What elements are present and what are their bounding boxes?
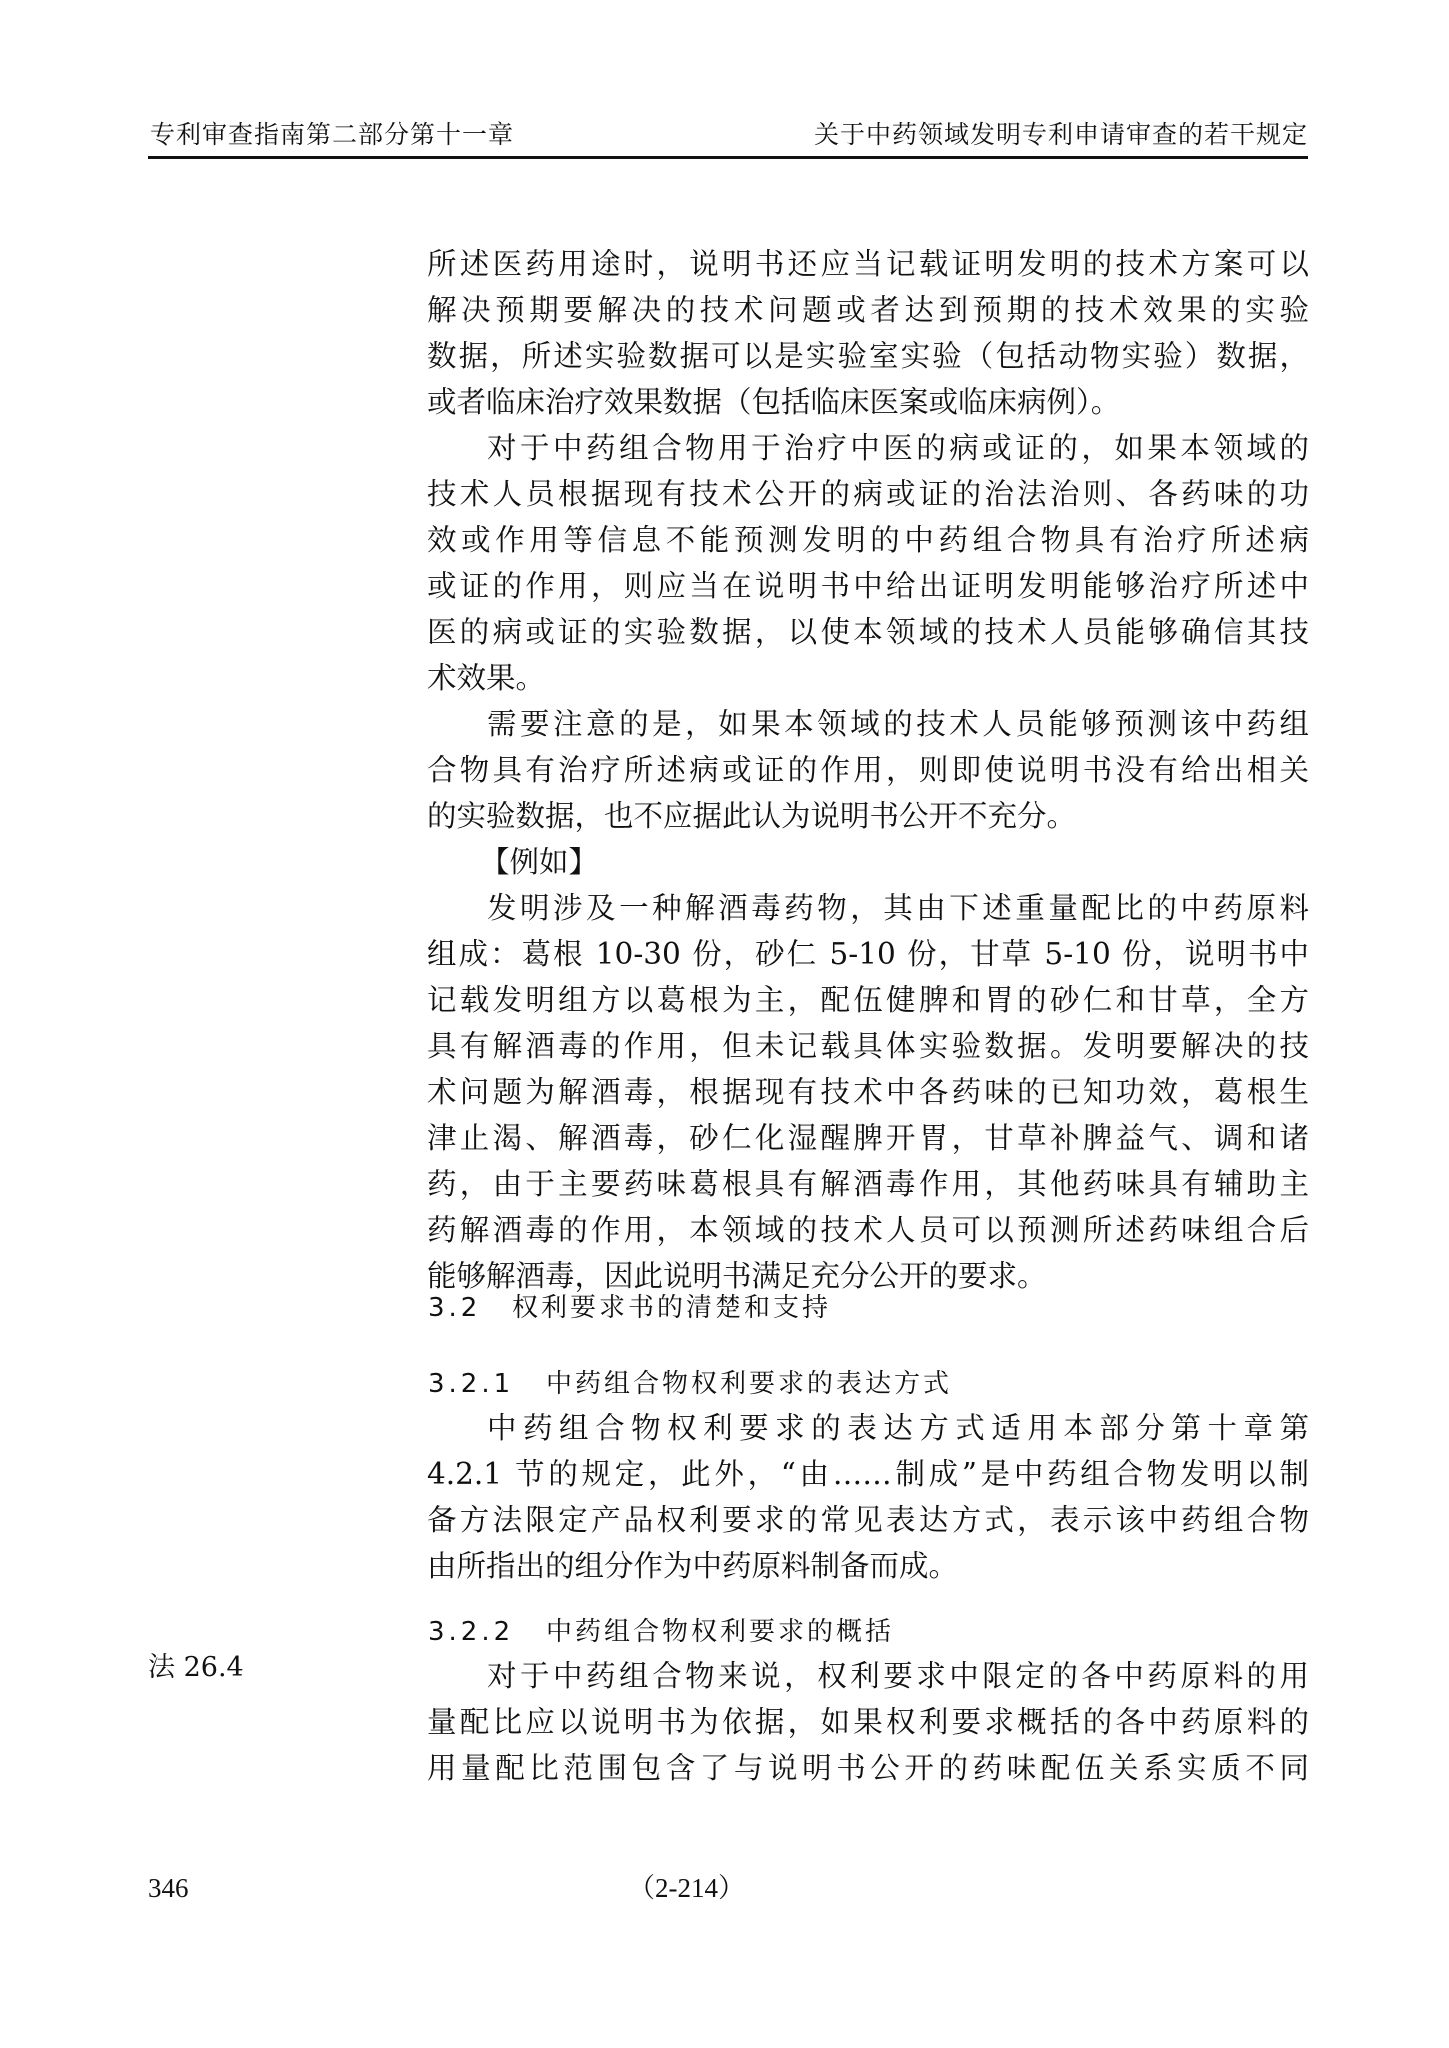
section-number: 3.2.1 (428, 1364, 546, 1404)
paragraph-line: 由所指出的组分作为中药原料制备而成。 (427, 1544, 1309, 1588)
paragraph-line: 合物具有治疗所述病或证的作用，则即使说明书没有给出相关 (427, 748, 1309, 792)
document-page: 专利审查指南第二部分第十一章 关于中药领域发明专利申请审查的若干规定 所述医药用… (0, 0, 1449, 2048)
section-heading-3-2-2: 3.2.2中药组合物权利要求的概括 (428, 1612, 894, 1652)
example-label: 【例如】 (480, 840, 598, 884)
paragraph-line: 中药组合物权利要求的表达方式适用本部分第十章第 (487, 1406, 1309, 1450)
header-chapter-title: 专利审查指南第二部分第十一章 (150, 118, 514, 152)
section-number: 3.2.2 (428, 1612, 546, 1652)
paragraph-line: 对于中药组合物来说，权利要求中限定的各中药原料的用 (487, 1654, 1309, 1698)
paragraph-line: 或者临床治疗效果数据（包括临床医案或临床病例）。 (427, 380, 1309, 424)
paragraph-line: 津止渴、解酒毒，砂仁化湿醒脾开胃，甘草补脾益气、调和诸 (427, 1116, 1309, 1160)
paragraph-line: 药，由于主要药味葛根具有解酒毒作用，其他药味具有辅助主 (427, 1162, 1309, 1206)
running-header: 专利审查指南第二部分第十一章 关于中药领域发明专利申请审查的若干规定 (148, 118, 1308, 159)
paragraph-line: 药解酒毒的作用，本领域的技术人员可以预测所述药味组合后 (427, 1208, 1309, 1252)
paragraph-line: 术问题为解酒毒，根据现有技术中各药味的已知功效，葛根生 (427, 1070, 1309, 1114)
paragraph-line: 或证的作用，则应当在说明书中给出证明发明能够治疗所述中 (427, 564, 1309, 608)
paragraph-line: 技术人员根据现有技术公开的病或证的治法治则、各药味的功 (427, 472, 1309, 516)
section-title: 中药组合物权利要求的表达方式 (546, 1369, 952, 1399)
paragraph-line: 用量配比范围包含了与说明书公开的药味配伍关系实质不同 (427, 1746, 1309, 1790)
section-number: 3.2 (428, 1288, 512, 1328)
paragraph-line: 数据，所述实验数据可以是实验室实验（包括动物实验）数据， (427, 334, 1309, 378)
paragraph-line: 对于中药组合物用于治疗中医的病或证的，如果本领域的 (487, 426, 1309, 470)
page-number: 346 (148, 1870, 189, 1906)
paragraph-line: 备方法限定产品权利要求的常见表达方式，表示该中药组合物 (427, 1498, 1309, 1542)
paragraph-line: 医的病或证的实验数据，以使本领域的技术人员能够确信其技 (427, 610, 1309, 654)
paragraph-line: 4.2.1 节的规定，此外，“由……制成”是中药组合物发明以制 (427, 1452, 1309, 1496)
section-title: 中药组合物权利要求的概括 (546, 1617, 894, 1647)
paragraph-line: 效或作用等信息不能预测发明的中药组合物具有治疗所述病 (427, 518, 1309, 562)
margin-law-reference: 法 26.4 (148, 1648, 244, 1688)
paragraph-line: 需要注意的是，如果本领域的技术人员能够预测该中药组 (487, 702, 1309, 746)
paragraph-line: 发明涉及一种解酒毒药物，其由下述重量配比的中药原料 (487, 886, 1309, 930)
section-title: 权利要求书的清楚和支持 (512, 1293, 831, 1323)
section-heading-3-2-1: 3.2.1中药组合物权利要求的表达方式 (428, 1364, 952, 1404)
paragraph-line: 的实验数据，也不应据此认为说明书公开不充分。 (427, 794, 1309, 838)
header-section-title: 关于中药领域发明专利申请审查的若干规定 (814, 118, 1308, 152)
paragraph-line: 组成：葛根 10-30 份，砂仁 5-10 份，甘草 5-10 份，说明书中 (427, 932, 1309, 976)
section-page-number: （2-214） (628, 1870, 745, 1906)
paragraph-line: 术效果。 (427, 656, 1309, 700)
paragraph-line: 具有解酒毒的作用，但未记载具体实验数据。发明要解决的技 (427, 1024, 1309, 1068)
paragraph-line: 记载发明组方以葛根为主，配伍健脾和胃的砂仁和甘草，全方 (427, 978, 1309, 1022)
paragraph-line: 量配比应以说明书为依据，如果权利要求概括的各中药原料的 (427, 1700, 1309, 1744)
section-heading-3-2: 3.2权利要求书的清楚和支持 (428, 1288, 831, 1328)
paragraph-line: 解决预期要解决的技术问题或者达到预期的技术效果的实验 (427, 288, 1309, 332)
paragraph-line: 所述医药用途时，说明书还应当记载证明发明的技术方案可以 (427, 242, 1309, 286)
